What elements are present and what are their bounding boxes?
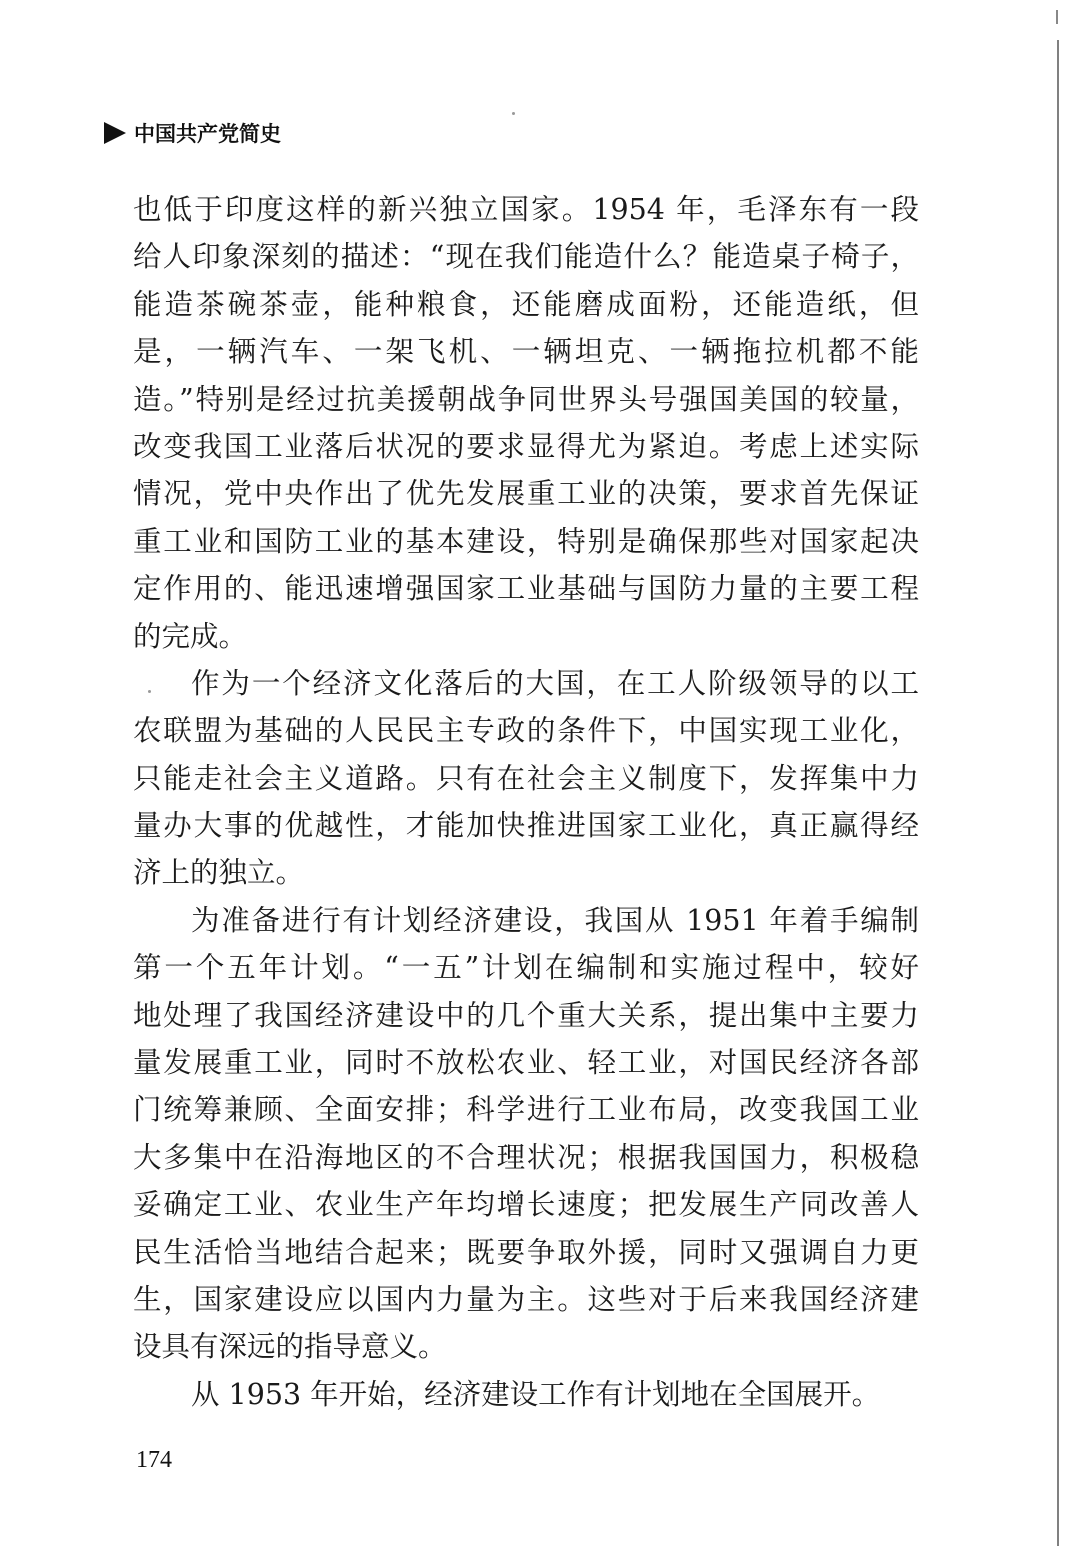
text-line: 从 1953 年开始，经济建设工作有计划地在全国展开。	[133, 1371, 919, 1418]
text-line: 民生活恰当地结合起来；既要争取外援，同时又强调自力更	[133, 1229, 919, 1276]
body-text: 也低于印度这样的新兴独立国家。1954 年，毛泽东有一段给人印象深刻的描述：“现…	[133, 186, 919, 1418]
text-line: 也低于印度这样的新兴独立国家。1954 年，毛泽东有一段	[133, 186, 919, 233]
text-line: 能造茶碗茶壶，能种粮食，还能磨成面粉，还能造纸，但	[133, 281, 919, 328]
page-number: 174	[136, 1447, 172, 1474]
text-line: 定作用的、能迅速增强国家工业基础与国防力量的主要工程	[133, 565, 919, 612]
text-line: 量发展重工业，同时不放松农业、轻工业，对国民经济各部	[133, 1039, 919, 1086]
scan-page-edge	[1057, 40, 1059, 1546]
text-line: 济上的独立。	[133, 849, 919, 896]
text-line: 的完成。	[133, 613, 919, 660]
text-line: 地处理了我国经济建设中的几个重大关系，提出集中主要力	[133, 992, 919, 1039]
text-line: 情况，党中央作出了优先发展重工业的决策，要求首先保证	[133, 470, 919, 517]
paragraph: 为准备进行有计划经济建设，我国从 1951 年着手编制第一个五年计划。“一五”计…	[133, 897, 919, 1371]
text-line: 造。”特别是经过抗美援朝战争同世界头号强国美国的较量，	[133, 376, 919, 423]
running-header: 中国共产党简史	[104, 118, 281, 148]
paragraph: 作为一个经济文化落后的大国，在工人阶级领导的以工农联盟为基础的人民民主专政的条件…	[133, 660, 919, 897]
text-line: 重工业和国防工业的基本建设，特别是确保那些对国家起决	[133, 518, 919, 565]
text-line: 作为一个经济文化落后的大国，在工人阶级领导的以工	[133, 660, 919, 707]
text-line: 大多集中在沿海地区的不合理状况；根据我国国力，积极稳	[133, 1134, 919, 1181]
text-line: 妥确定工业、农业生产年均增长速度；把发展生产同改善人	[133, 1181, 919, 1228]
text-line: 第一个五年计划。“一五”计划在编制和实施过程中，较好	[133, 944, 919, 991]
text-line: 设具有深远的指导意义。	[133, 1323, 919, 1370]
text-line: 门统筹兼顾、全面安排；科学进行工业布局，改变我国工业	[133, 1086, 919, 1133]
text-line: 是，一辆汽车、一架飞机、一辆坦克、一辆拖拉机都不能	[133, 328, 919, 375]
text-line: 农联盟为基础的人民民主专政的条件下，中国实现工业化，	[133, 707, 919, 754]
text-line: 量办大事的优越性，才能加快推进国家工业化，真正赢得经	[133, 802, 919, 849]
text-line: 给人印象深刻的描述：“现在我们能造什么？能造桌子椅子，	[133, 233, 919, 280]
text-line: 生，国家建设应以国内力量为主。这些对于后来我国经济建	[133, 1276, 919, 1323]
paragraph: 从 1953 年开始，经济建设工作有计划地在全国展开。	[133, 1371, 919, 1418]
triangle-right-icon	[104, 122, 126, 144]
paragraph: 也低于印度这样的新兴独立国家。1954 年，毛泽东有一段给人印象深刻的描述：“现…	[133, 186, 919, 660]
text-line: 改变我国工业落后状况的要求显得尤为紧迫。考虑上述实际	[133, 423, 919, 470]
text-line: 只能走社会主义道路。只有在社会主义制度下，发挥集中力	[133, 755, 919, 802]
scan-edge-mark	[1056, 10, 1058, 24]
book-title: 中国共产党简史	[134, 118, 281, 148]
text-line: 为准备进行有计划经济建设，我国从 1951 年着手编制	[133, 897, 919, 944]
scan-speck	[512, 112, 515, 115]
